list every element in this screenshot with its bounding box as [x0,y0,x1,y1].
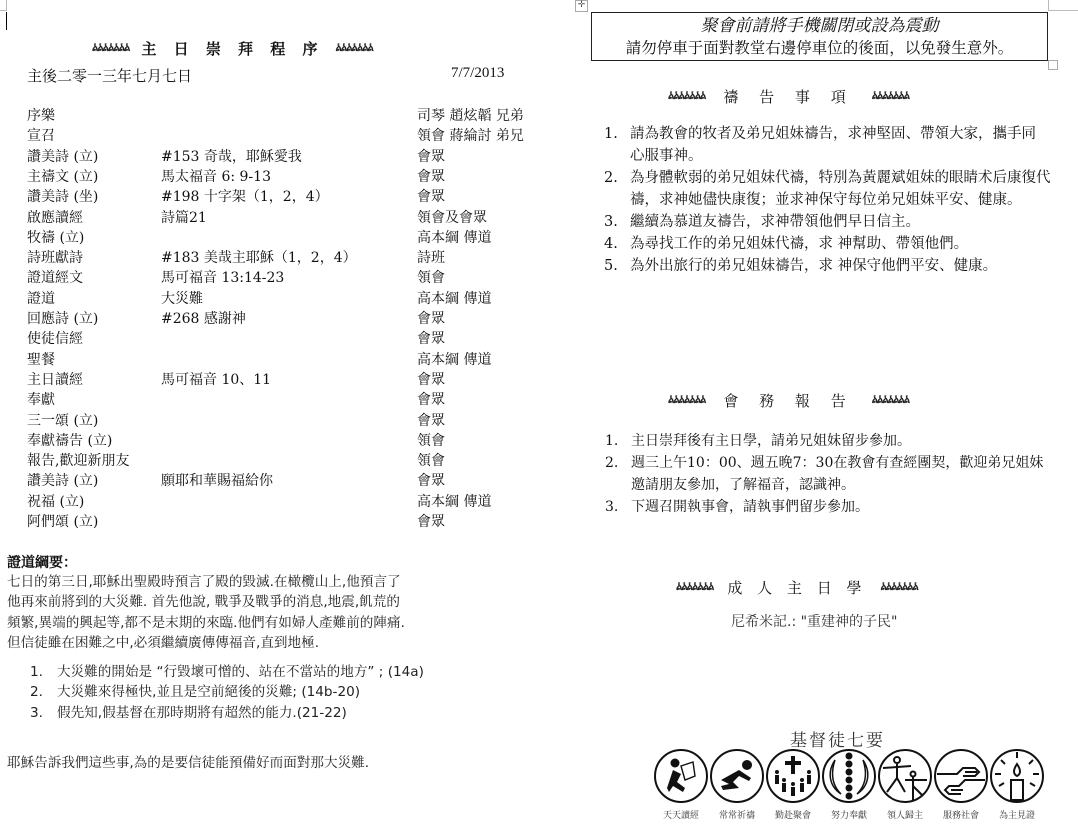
prayer-item: 3. 繼續為慕道友禱告，求神帶領他們早日信主。 [604,211,1059,233]
table-resize-handle[interactable] [1048,60,1058,70]
essential-label: 努力奉獻 [831,808,867,821]
service-item: 序樂 [27,106,55,126]
prayer-heading: ል፞ል፞ል፞ል፞ል፞ል፞ል፞ 禱 告 事 項 ል፞ል፞ል፞ል፞ል፞ል፞ል፞ [668,86,909,107]
outline-point: 3. 假先知,假基督在那時期將有超然的能力.(21-22) [30,703,500,723]
flourish-ornament-right: ል፞ል፞ል፞ል፞ል፞ል፞ል፞ [872,395,909,406]
service-row: 主禱文 (立)馬太福音 6: 9-13會眾 [27,167,547,187]
worship-order-heading: ል፞ል፞ል፞ል፞ል፞ል፞ል፞ 主 日 崇 拜 程 序 ል፞ል፞ል፞ል፞ል፞ል፞ል… [92,38,373,59]
item-number: 2. [604,167,630,211]
text-cursor [6,12,7,30]
item-text: 主日崇拜後有主日學，請弟兄姐妹留步參加。 [631,430,911,452]
point-number: 3. [30,703,57,723]
service-leader: 會眾 [417,329,445,349]
service-leader: 會眾 [417,187,445,207]
service-detail: 馬可福音 13:14-23 [161,268,284,288]
item-text: 請為教會的牧者及弟兄姐妹禱告，求神堅固、帶領大家，攜手同心服事神。 [630,123,1040,167]
fish-offering-icon [821,748,877,804]
sermon-outline-heading: 證道綱要： [7,552,77,572]
service-leader: 領會 [417,431,445,451]
sunday-school-heading: ል፞ል፞ል፞ል፞ል፞ል፞ል፞ 成 人 主 日 學 ል፞ል፞ል፞ል፞ል፞ል፞ል፞ [676,577,918,598]
service-leader: 領會 [417,268,445,288]
service-leader: 高本綱 傳道 [417,350,491,370]
flourish-ornament-right: ል፞ል፞ል፞ል፞ል፞ል፞ል፞ [880,582,917,593]
service-leader: 領會 [417,451,445,471]
item-number: 1. [604,123,630,167]
service-row: 使徒信經會眾 [27,329,547,349]
item-text: 下週召開執事會，請執事們留步參加。 [631,496,869,518]
announcement-item: 1. 主日崇拜後有主日學，請弟兄姐妹留步參加。 [605,430,1050,452]
point-text: 大災難來得極快,並且是空前絕後的災難; (14b-20) [57,682,360,702]
service-leader: 高本綱 傳道 [417,492,491,512]
prayer-item: 5. 為外出旅行的弟兄姐妹禱告，求 神保守他們平安、健康。 [604,255,1059,277]
essential-label: 服務社會 [943,808,979,821]
point-number: 1. [30,662,57,682]
service-leader: 領會 蔣綸討 弟兄 [417,126,524,146]
essential-label: 常常祈禱 [719,808,755,821]
service-detail: 馬太福音 6: 9-13 [161,167,271,187]
flourish-ornament-right: ል፞ል፞ል፞ል፞ል፞ል፞ል፞ [336,43,373,54]
prayer-title: 禱 告 事 項 [723,86,853,107]
point-text: 大災難的開始是 “行毀壞可憎的、站在不當站的地方” ; (14a) [57,662,424,682]
gathering-cross-icon [765,748,821,804]
service-detail: 大災難 [161,289,203,309]
service-item: 聖餐 [27,350,55,370]
service-item: 詩班獻詩 [27,248,83,268]
service-row: 阿們頌 (立)會眾 [27,512,547,532]
sermon-outline-points: 1. 大災難的開始是 “行毀壞可憎的、站在不當站的地方” ; (14a) 2. … [30,662,500,723]
essential-label: 為主見證 [999,808,1035,821]
date-chinese: 主後二零一三年七月七日 [27,65,192,86]
essential-label: 領人歸主 [887,808,923,821]
intro-line: 七日的第三日,耶穌出聖殿時預言了殿的毀滅.在橄欖山上,他預言了 [7,572,507,592]
serving-hands-icon [933,748,989,804]
service-row: 主日讀經馬可福音 10、11會眾 [27,370,547,390]
prayer-item: 4. 為尋找工作的弟兄姐妹代禱，求 神幫助、帶領他們。 [604,233,1059,255]
service-item: 讚美詩 (立) [27,147,98,167]
service-detail: 馬可福音 10、11 [161,370,271,390]
service-detail: #183 美哉主耶穌（1，2，4） [161,248,357,268]
service-item: 報告,歡迎新朋友 [27,451,129,471]
essential-pray: 常常祈禱 [709,748,765,821]
service-item: 讚美詩 (立) [27,471,98,491]
item-number: 3. [605,496,631,518]
item-number: 4. [604,233,630,255]
service-row: 宣召領會 蔣綸討 弟兄 [27,126,547,146]
service-item: 奉獻禱告 (立) [27,431,112,451]
service-row: 詩班獻詩#183 美哉主耶穌（1，2，4）詩班 [27,248,547,268]
essential-read-bible: 天天讀經 [653,748,709,821]
service-leader: 詩班 [417,248,445,268]
service-detail: 願耶和華賜福給你 [161,471,273,491]
service-row: 讚美詩 (立)願耶和華賜福給你會眾 [27,471,547,491]
service-item: 使徒信經 [27,329,83,349]
page-edge-mark [1048,0,1078,11]
item-text: 繼續為慕道友禱告，求神帶領他們早日信主。 [630,211,920,233]
item-number: 5. [604,255,630,277]
service-row: 牧禱 (立)高本綱 傳道 [27,228,547,248]
service-row: 三一頌 (立)會眾 [27,411,547,431]
reading-bible-icon [653,748,709,804]
service-detail: #268 感謝神 [161,309,246,329]
item-number: 1. [605,430,631,452]
announcement-item: 3. 下週召開執事會，請執事們留步參加。 [605,496,1050,518]
item-text: 為身體軟弱的弟兄姐妹代禱，特別為黃麗斌姐妹的眼睛术后康復代禱，求神她儘快康復；並… [630,167,1059,211]
prayer-item: 1. 請為教會的牧者及弟兄姐妹禱告，求神堅固、帶領大家，攜手同心服事神。 [604,123,1059,167]
service-item: 證道 [27,289,55,309]
outline-point: 2. 大災難來得極快,並且是空前絕後的災難; (14b-20) [30,682,500,702]
service-leader: 領會及會眾 [417,208,487,228]
essential-serve: 服務社會 [933,748,989,821]
prayer-list: 1. 請為教會的牧者及弟兄姐妹禱告，求神堅固、帶領大家，攜手同心服事神。 2. … [604,123,1059,277]
leading-people-icon [877,748,933,804]
item-text: 週三上午10：00、週五晚7：30在教會有查經團契，歡迎弟兄姐妹邀請朋友參加，了… [631,452,1050,496]
service-item: 牧禱 (立) [27,228,84,248]
table-move-handle[interactable]: ✛ [575,0,588,12]
seven-essentials-row: 天天讀經 常常祈禱 勤赴聚會 努力奉 [653,748,1045,821]
flourish-ornament-left: ል፞ል፞ል፞ል፞ል፞ል፞ል፞ [668,91,705,102]
service-item: 啟應讀經 [27,208,83,228]
essential-gather: 勤赴聚會 [765,748,821,821]
point-text: 假先知,假基督在那時期將有超然的能力.(21-22) [57,703,347,723]
prayer-item: 2. 為身體軟弱的弟兄姐妹代禱，特別為黃麗斌姐妹的眼睛术后康復代禱，求神她儘快康… [604,167,1059,211]
service-detail: #153 奇哉，耶穌愛我 [161,147,302,167]
announcement-list: 1. 主日崇拜後有主日學，請弟兄姐妹留步參加。 2. 週三上午10：00、週五晚… [605,430,1050,518]
service-row: 奉獻會眾 [27,390,547,410]
sermon-outline-intro: 七日的第三日,耶穌出聖殿時預言了殿的毀滅.在橄欖山上,他預言了 他再來前將到的大… [7,572,507,654]
flourish-ornament-right: ል፞ል፞ል፞ል፞ል፞ል፞ል፞ [872,91,909,102]
kneeling-prayer-icon [709,748,765,804]
service-row: 證道經文馬可福音 13:14-23領會 [27,268,547,288]
service-row: 祝福 (立)高本綱 傳道 [27,492,547,512]
service-leader: 會眾 [417,411,445,431]
date-numeric: 7/7/2013 [451,65,504,82]
service-leader: 會眾 [417,512,445,532]
service-row: 啟應讀經詩篇21領會及會眾 [27,208,547,228]
sermon-outline-conclusion: 耶穌告訴我們這些事,為的是要信徒能預備好而面對那大災難. [7,751,369,771]
item-number: 2. [605,452,631,496]
service-leader: 會眾 [417,147,445,167]
service-item: 證道經文 [27,268,83,288]
intro-line: 但信徒雖在困難之中,必須繼續廣傳傳福音,直到地極. [7,633,507,653]
service-leader: 會眾 [417,309,445,329]
essential-evangelize: 領人歸主 [877,748,933,821]
service-leader: 會眾 [417,167,445,187]
essential-offering: 努力奉獻 [821,748,877,821]
service-detail: #198 十字架（1，2，4） [161,187,329,207]
service-item: 主禱文 (立) [27,167,98,187]
service-item: 阿們頌 (立) [27,512,98,532]
notice-box: 聚會前請將手機關閉或設為震動 請勿停車于面對教堂右邊停車位的後面，以免發生意外。 [591,12,1048,61]
service-leader: 司琴 趙炫韜 兄弟 [417,106,524,126]
service-item: 祝福 (立) [27,492,84,512]
outline-point: 1. 大災難的開始是 “行毀壞可憎的、站在不當站的地方” ; (14a) [30,662,475,682]
service-item: 讚美詩 (坐) [27,187,98,207]
item-text: 為外出旅行的弟兄姐妹禱告，求 神保守他們平安、健康。 [630,255,1040,277]
service-leader: 會眾 [417,390,445,410]
worship-order-title: 主 日 崇 拜 程 序 [141,38,323,59]
service-row: 序樂司琴 趙炫韜 兄弟 [27,106,547,126]
service-detail: 詩篇21 [161,208,207,228]
service-item: 回應詩 (立) [27,309,98,329]
service-leader: 高本綱 傳道 [417,228,491,248]
item-text: 為尋找工作的弟兄姐妹代禱，求 神幫助、帶領他們。 [630,233,968,255]
service-item: 主日讀經 [27,370,83,390]
announcement-item: 2. 週三上午10：00、週五晚7：30在教會有查經團契，歡迎弟兄姐妹邀請朋友參… [605,452,1050,496]
service-leader: 高本綱 傳道 [417,289,491,309]
service-row: 證道大災難高本綱 傳道 [27,289,547,309]
candle-witness-icon [989,748,1045,804]
sunday-school-title: 成 人 主 日 學 [727,577,866,598]
essential-witness: 為主見證 [989,748,1045,821]
essential-label: 勤赴聚會 [775,808,811,821]
service-row: 讚美詩 (立)#153 奇哉，耶穌愛我會眾 [27,147,547,167]
flourish-ornament-left: ል፞ል፞ል፞ል፞ል፞ል፞ል፞ [676,582,713,593]
service-row: 回應詩 (立)#268 感謝神會眾 [27,309,547,329]
page-corner-mark [0,0,7,11]
service-item: 奉獻 [27,390,55,410]
intro-line: 頻繁,異端的興起等,都不是末期的來臨.他們有如婦人產難前的陣痛. [7,613,507,633]
service-leader: 會眾 [417,370,445,390]
essential-label: 天天讀經 [663,808,699,821]
announcements-title: 會 務 報 告 [723,390,853,411]
flourish-ornament-left: ል፞ል፞ል፞ል፞ል፞ል፞ል፞ [92,43,129,54]
phone-notice: 聚會前請將手機關閉或設為震動 [592,14,1047,38]
announcements-heading: ል፞ል፞ል፞ል፞ል፞ል፞ል፞ 會 務 報 告 ል፞ል፞ል፞ል፞ል፞ል፞ል፞ [668,390,909,411]
service-row: 報告,歡迎新朋友領會 [27,451,547,471]
flourish-ornament-left: ል፞ል፞ል፞ል፞ል፞ል፞ል፞ [668,395,705,406]
service-leader: 會眾 [417,471,445,491]
point-number: 2. [30,682,57,702]
service-row: 奉獻禱告 (立)領會 [27,431,547,451]
sunday-school-subtitle: 尼希米記.: "重建神的子民" [731,611,898,631]
service-item: 宣召 [27,126,55,146]
item-number: 3. [604,211,630,233]
service-row: 聖餐高本綱 傳道 [27,350,547,370]
parking-notice: 請勿停車于面對教堂右邊停車位的後面，以免發生意外。 [592,38,1047,58]
intro-line: 他再來前將到的大災難. 首先他說, 戰爭及戰爭的消息,地震,飢荒的 [7,592,507,612]
service-row: 讚美詩 (坐)#198 十字架（1，2，4）會眾 [27,187,547,207]
service-item: 三一頌 (立) [27,411,98,431]
